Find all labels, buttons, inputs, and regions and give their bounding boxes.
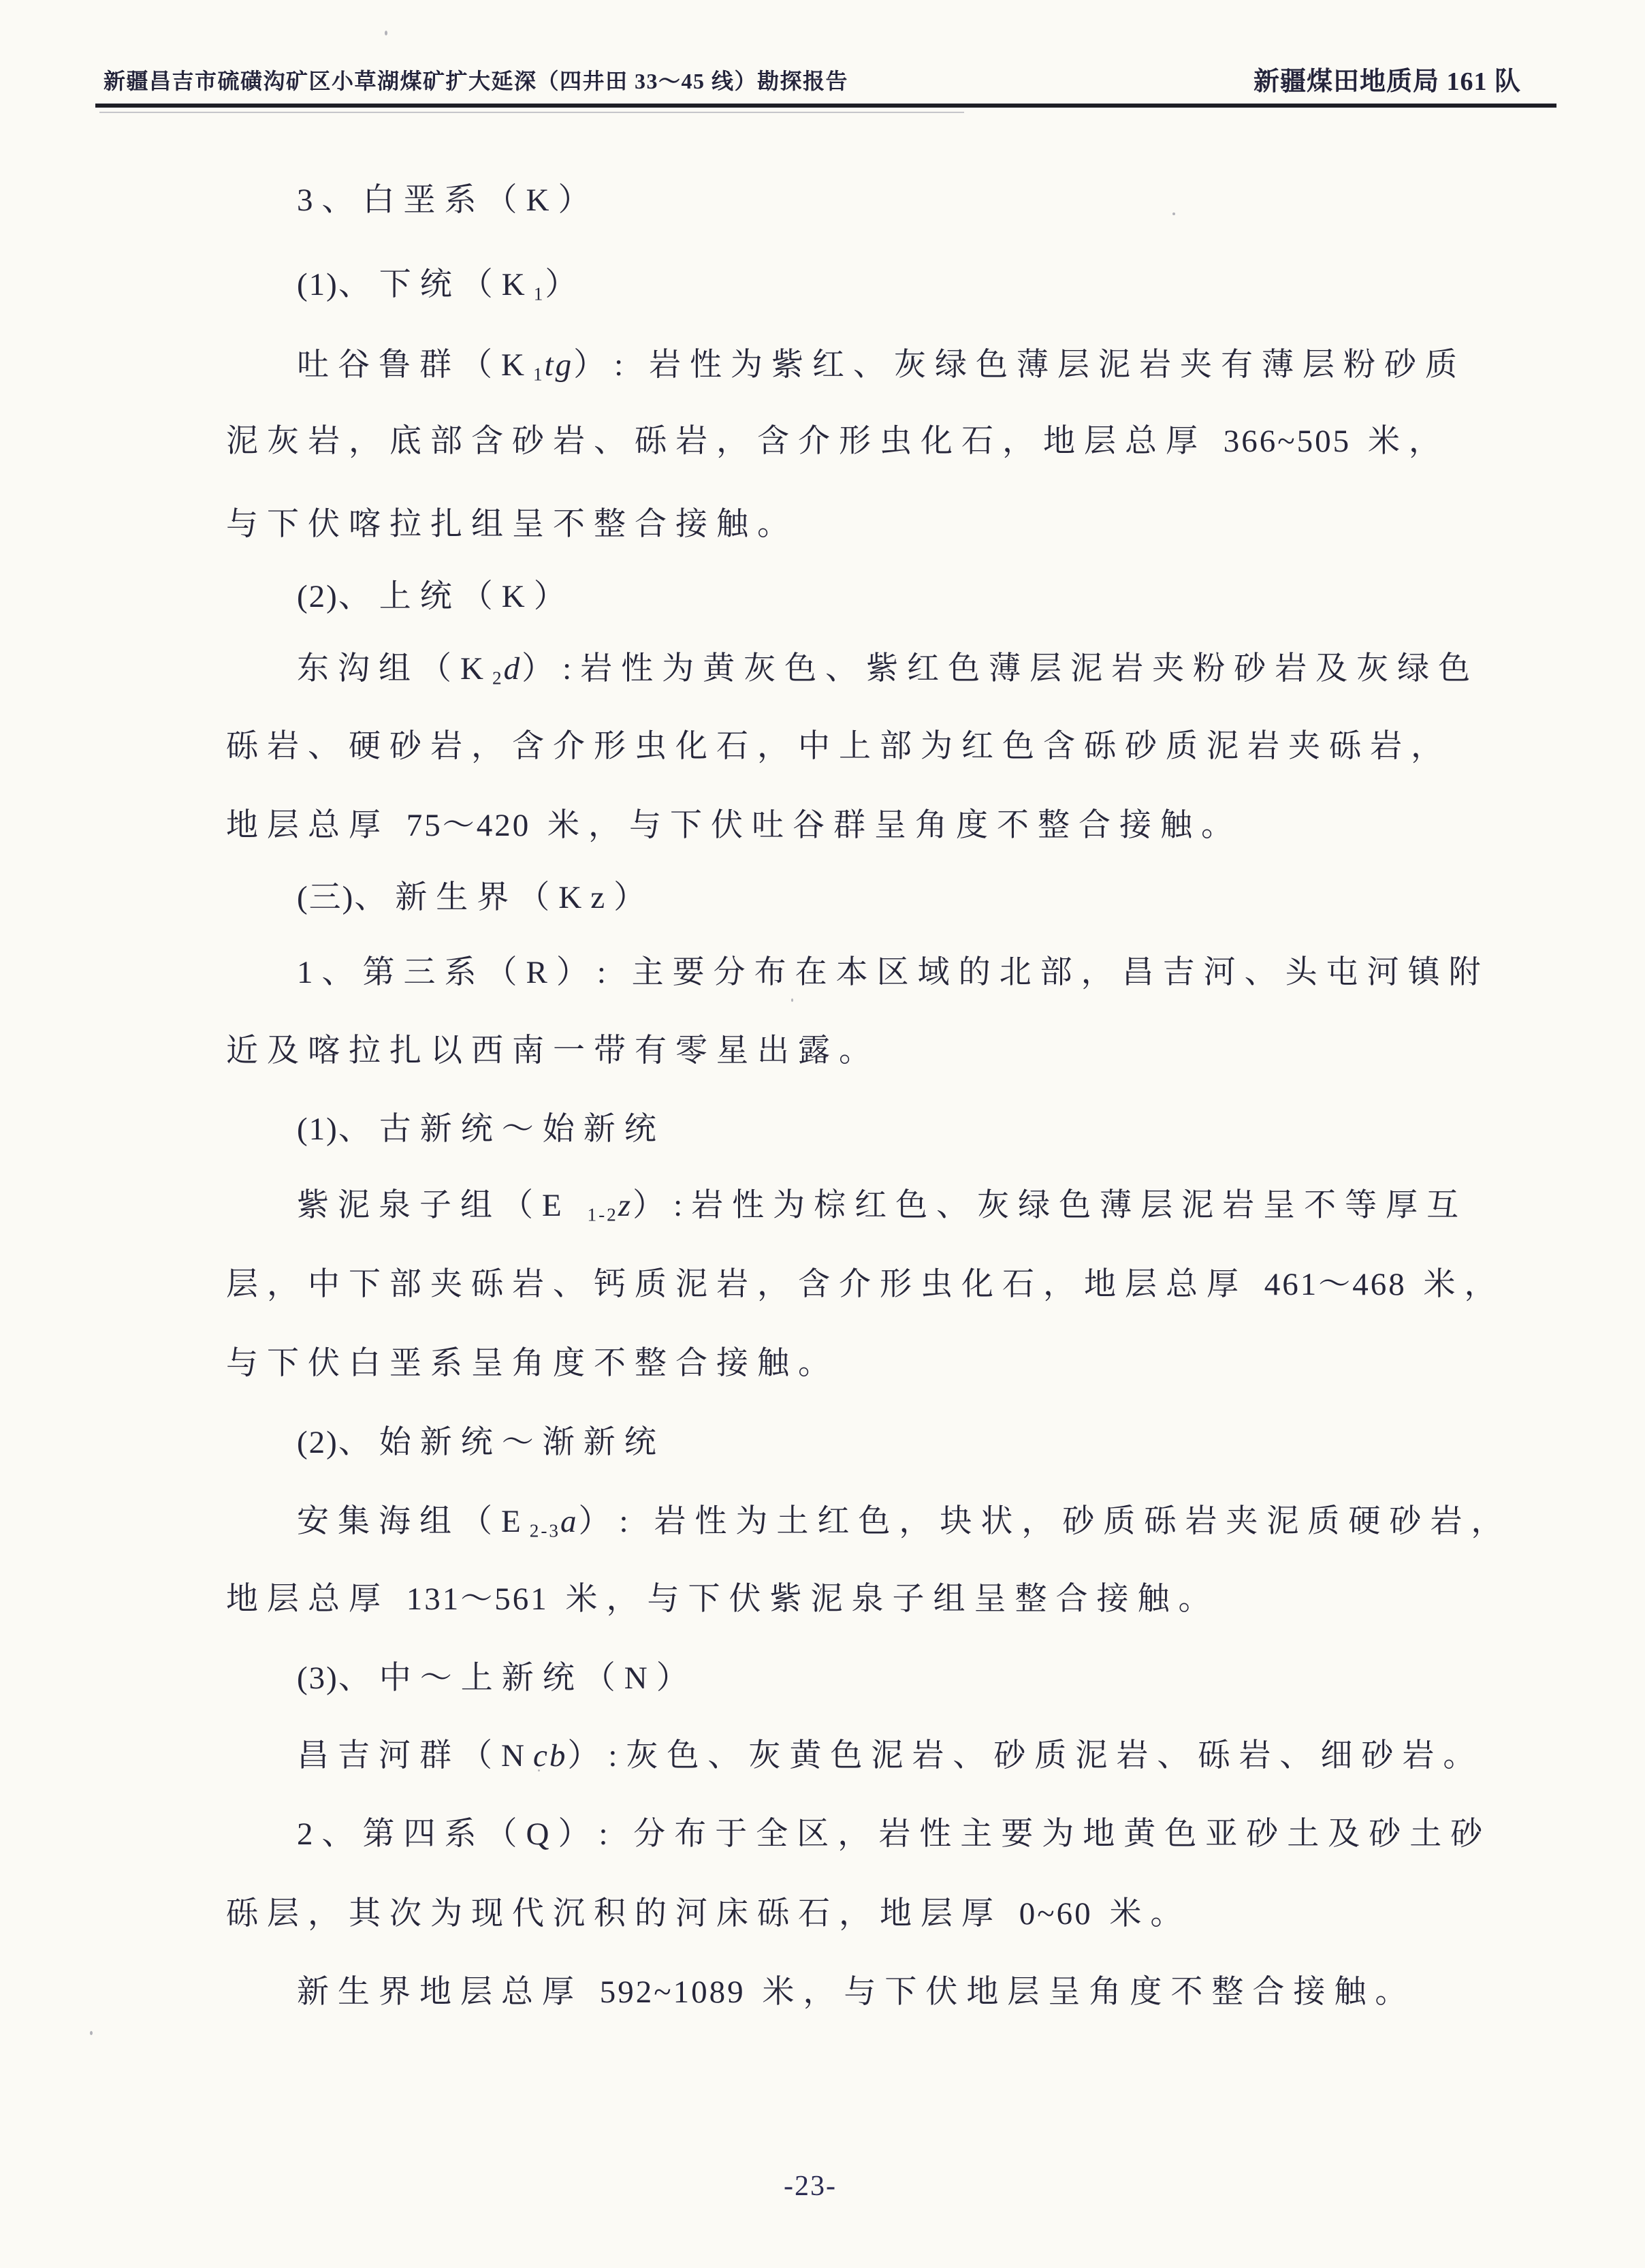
- text-segment: 、下统（K: [338, 267, 534, 302]
- text-segment: d: [504, 651, 522, 687]
- text-segment: 地层总厚: [226, 1581, 406, 1617]
- scan-speckle: [1172, 212, 1175, 215]
- text-segment: (1): [297, 1112, 338, 1147]
- text-segment: 吐谷鲁群（K: [297, 347, 533, 383]
- text-segment: 米。: [1093, 1896, 1192, 1932]
- text-segment: ）: 岩性为土红色，块状，砂质砾岩夹泥质硬砂岩，: [579, 1504, 1512, 1539]
- text-segment: 砾层，其次为现代沉积的河床砾石，地层厚: [226, 1896, 1019, 1932]
- text-line: 吐谷鲁群（K1tg）: 岩性为紫红、灰绿色薄层泥岩夹有薄层粉砂质: [297, 346, 1466, 385]
- text-segment: 、上统（K）: [338, 579, 575, 614]
- text-segment: 米，: [1407, 1267, 1505, 1302]
- document-page: 新疆昌吉市硫磺沟矿区小草湖煤矿扩大延深（四井田 33～45 线）勘探报告 新疆煤…: [0, 0, 1645, 2268]
- text-line: 砾层，其次为现代沉积的河床砾石，地层厚 0~60 米。: [226, 1895, 1191, 1933]
- text-segment: ）:灰色、灰黄色泥岩、砂质泥岩、砾岩、细砂岩。: [567, 1738, 1484, 1774]
- text-line: 地层总厚 131～561 米，与下伏紫泥泉子组呈整合接触。: [226, 1580, 1219, 1618]
- text-segment: 131～561: [406, 1581, 549, 1617]
- text-segment: 安集海组（E: [297, 1504, 530, 1539]
- text-segment: 2-3: [530, 1521, 560, 1541]
- scan-speckle: [538, 1769, 540, 1771]
- text-segment: 366~505: [1224, 424, 1351, 459]
- text-segment: 米，与下伏吐谷群呈角度不整合接触。: [530, 808, 1242, 843]
- text-line: 地层总厚 75～420 米，与下伏吐谷群呈角度不整合接触。: [226, 806, 1242, 845]
- text-segment: 近及喀拉扎以西南一带有零星出露。: [226, 1033, 880, 1069]
- text-line: 与下伏白垩系呈角度不整合接触。: [226, 1344, 839, 1383]
- text-segment: 75～420: [406, 808, 531, 843]
- scan-speckle: [791, 998, 793, 1002]
- text-line: 1、第三系（R）: 主要分布在本区域的北部，昌吉河、头屯河镇附: [297, 954, 1490, 992]
- page-footer: -23-: [0, 2170, 1620, 2203]
- text-segment: 米，与下伏紫泥泉子组呈整合接触。: [549, 1581, 1219, 1617]
- text-segment: 、中～上新统（N）: [338, 1660, 697, 1696]
- text-segment: 东沟组（K: [297, 651, 492, 687]
- text-line: 泥灰岩，底部含砂岩、砾岩，含介形虫化石，地层总厚 366~505 米，: [226, 422, 1450, 460]
- text-line: (1)、下统（K1）: [297, 266, 586, 305]
- text-line: (三)、新生界（Kz）: [297, 879, 654, 917]
- text-line: 与下伏喀拉扎组呈不整合接触。: [226, 505, 798, 544]
- text-line: 3、白垩系（K）: [297, 181, 598, 219]
- text-segment: 米，与下伏地层呈角度不整合接触。: [746, 1974, 1416, 2010]
- text-segment: tg: [545, 347, 574, 383]
- text-segment: 、新生界（Kz）: [354, 880, 654, 915]
- text-segment: 0~60: [1019, 1896, 1093, 1932]
- text-segment: 1-2: [587, 1205, 618, 1225]
- text-segment: (1): [297, 267, 338, 302]
- text-segment: ）:岩性为棕红色、灰绿色薄层泥岩呈不等厚互: [633, 1188, 1467, 1223]
- text-line: 安集海组（E2-3a）: 岩性为土红色，块状，砂质砾岩夹泥质硬砂岩，: [297, 1502, 1512, 1542]
- text-segment: 米，: [1351, 424, 1450, 459]
- text-segment: (2): [297, 579, 338, 614]
- text-segment: 592~1089: [600, 1974, 746, 2010]
- scan-speckle: [385, 31, 387, 35]
- text-segment: 1、第三系（R）: 主要分布在本区域的北部，昌吉河、头屯河镇附: [297, 955, 1490, 990]
- text-line: 新生界地层总厚 592~1089 米，与下伏地层呈角度不整合接触。: [297, 1973, 1416, 2011]
- text-line: 2、第四系（Q）: 分布于全区，岩性主要为地黄色亚砂土及砂土砂: [297, 1815, 1491, 1853]
- text-segment: 2: [492, 668, 504, 689]
- text-line: 紫泥泉子组（E 1-2z）:岩性为棕红色、灰绿色薄层泥岩呈不等厚互: [297, 1186, 1467, 1226]
- text-segment: 与下伏喀拉扎组呈不整合接触。: [226, 507, 798, 542]
- text-segment: a: [560, 1504, 579, 1539]
- text-segment: ）: 岩性为紫红、灰绿色薄层泥岩夹有薄层粉砂质: [573, 347, 1466, 383]
- text-segment: 1: [534, 284, 545, 304]
- text-line: 层，中下部夹砾岩、钙质泥岩，含介形虫化石，地层总厚 461～468 米，: [226, 1265, 1505, 1304]
- text-segment: 1: [533, 364, 545, 385]
- text-segment: 3、白垩系（K）: [297, 183, 598, 218]
- text-segment: 紫泥泉子组（E: [297, 1188, 587, 1223]
- text-segment: (3): [297, 1660, 338, 1696]
- text-segment: 461～468: [1264, 1267, 1407, 1302]
- text-segment: 层，中下部夹砾岩、钙质泥岩，含介形虫化石，地层总厚: [226, 1267, 1264, 1302]
- text-segment: 砾岩、硬砂岩，含介形虫化石，中上部为红色含砾砂质泥岩夹砾岩，: [226, 729, 1452, 764]
- text-line: 东沟组（K2d）:岩性为黄灰色、紫红色薄层泥岩夹粉砂岩及灰绿色: [297, 650, 1479, 689]
- text-segment: 与下伏白垩系呈角度不整合接触。: [226, 1346, 839, 1381]
- text-line: (3)、中～上新统（N）: [297, 1659, 697, 1697]
- text-line: (2)、始新统～渐新统: [297, 1423, 665, 1462]
- page-number: -23-: [784, 2171, 837, 2202]
- text-segment: 、古新统～始新统: [338, 1112, 665, 1147]
- document-body: 3、白垩系（K）(1)、下统（K1）吐谷鲁群（K1tg）: 岩性为紫红、灰绿色薄…: [0, 0, 1645, 2268]
- text-segment: 新生界地层总厚: [297, 1974, 600, 2010]
- text-segment: ）: [545, 267, 586, 302]
- scan-speckle: [90, 2031, 93, 2035]
- text-line: 砾岩、硬砂岩，含介形虫化石，中上部为红色含砾砂质泥岩夹砾岩，: [226, 727, 1452, 766]
- text-segment: 地层总厚: [226, 808, 406, 843]
- text-line: 昌吉河群（Ncb）:灰色、灰黄色泥岩、砂质泥岩、砾岩、细砂岩。: [297, 1737, 1484, 1775]
- text-segment: z: [618, 1188, 633, 1223]
- text-segment: (三): [297, 880, 354, 915]
- text-segment: cb: [533, 1738, 567, 1774]
- text-line: 近及喀拉扎以西南一带有零星出露。: [226, 1032, 880, 1070]
- text-segment: ）:岩性为黄灰色、紫红色薄层泥岩夹粉砂岩及灰绿色: [522, 651, 1479, 687]
- text-segment: 昌吉河群（N: [297, 1738, 533, 1774]
- text-segment: 泥灰岩，底部含砂岩、砾岩，含介形虫化石，地层总厚: [226, 424, 1224, 459]
- text-segment: (2): [297, 1425, 338, 1460]
- text-line: (1)、古新统～始新统: [297, 1110, 665, 1148]
- text-segment: 2、第四系（Q）: 分布于全区，岩性主要为地黄色亚砂土及砂土砂: [297, 1816, 1491, 1852]
- text-segment: 、始新统～渐新统: [338, 1425, 665, 1460]
- text-line: (2)、上统（K）: [297, 578, 575, 616]
